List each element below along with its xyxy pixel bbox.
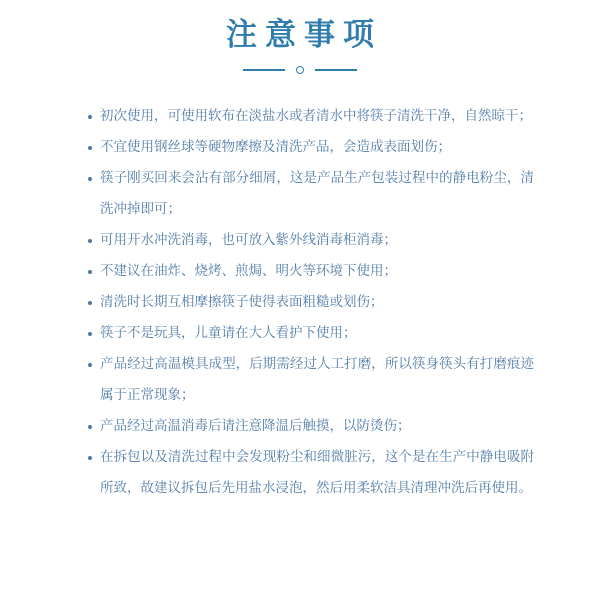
list-item: 筷子不是玩具，儿童请在大人看护下使用；: [88, 318, 534, 349]
bullet-dot-icon: [88, 270, 92, 274]
list-item: 不建议在油炸、烧烤、煎焗、明火等环境下使用；: [88, 256, 534, 287]
note-text: 不宜使用钢丝球等硬物摩擦及清洗产品，会造成表面划伤；: [100, 139, 451, 155]
list-item: 不宜使用钢丝球等硬物摩擦及清洗产品，会造成表面划伤；: [88, 132, 534, 163]
precautions-page: 注意事项 初次使用，可使用软布在淡盐水或者清水中将筷子清洗干净，自然晾干； 不宜…: [0, 0, 600, 600]
bullet-dot-icon: [88, 115, 92, 119]
note-text: 可用开水冲洗消毒，也可放入紫外线消毒柜消毒；: [100, 232, 397, 248]
note-text: 筷子刚买回来会沾有部分细屑，这是产品生产包装过程中的静电粉尘，清洗冲掉即可；: [100, 170, 534, 217]
note-text: 初次使用，可使用软布在淡盐水或者清水中将筷子清洗干净，自然晾干；: [100, 108, 532, 124]
notes-list: 初次使用，可使用软布在淡盐水或者清水中将筷子清洗干净，自然晾干； 不宜使用钢丝球…: [88, 101, 534, 504]
bullet-dot-icon: [88, 363, 92, 367]
note-text: 不建议在油炸、烧烤、煎焗、明火等环境下使用；: [100, 263, 397, 279]
list-item: 可用开水冲洗消毒，也可放入紫外线消毒柜消毒；: [88, 225, 534, 256]
bullet-dot-icon: [88, 177, 92, 181]
title-divider: [0, 66, 600, 74]
bullet-dot-icon: [88, 332, 92, 336]
list-item: 在拆包以及清洗过程中会发现粉尘和细微脏污，这个是在生产中静电吸附所致，故建议拆包…: [88, 442, 534, 504]
bullet-dot-icon: [88, 146, 92, 150]
bullet-dot-icon: [88, 456, 92, 460]
note-text: 筷子不是玩具，儿童请在大人看护下使用；: [100, 325, 357, 341]
list-item: 清洗时长期互相摩擦筷子使得表面粗糙或划伤；: [88, 287, 534, 318]
bullet-dot-icon: [88, 239, 92, 243]
note-text: 产品经过高温模具成型，后期需经过人工打磨，所以筷身筷头有打磨痕迹属于正常现象；: [100, 356, 534, 403]
divider-circle-icon: [296, 66, 304, 74]
list-item: 产品经过高温消毒后请注意降温后触摸，以防烫伤；: [88, 411, 534, 442]
note-text: 产品经过高温消毒后请注意降温后触摸，以防烫伤；: [100, 418, 411, 434]
bullet-dot-icon: [88, 301, 92, 305]
bullet-dot-icon: [88, 425, 92, 429]
list-item: 初次使用，可使用软布在淡盐水或者清水中将筷子清洗干净，自然晾干；: [88, 101, 534, 132]
divider-line-right: [315, 69, 357, 71]
note-text: 清洗时长期互相摩擦筷子使得表面粗糙或划伤；: [100, 294, 384, 310]
list-item: 筷子刚买回来会沾有部分细屑，这是产品生产包装过程中的静电粉尘，清洗冲掉即可；: [88, 163, 534, 225]
divider-line-left: [243, 69, 285, 71]
page-title: 注意事项: [0, 16, 600, 54]
list-item: 产品经过高温模具成型，后期需经过人工打磨，所以筷身筷头有打磨痕迹属于正常现象；: [88, 349, 534, 411]
note-text: 在拆包以及清洗过程中会发现粉尘和细微脏污，这个是在生产中静电吸附所致，故建议拆包…: [100, 449, 534, 496]
header: 注意事项: [0, 0, 600, 74]
